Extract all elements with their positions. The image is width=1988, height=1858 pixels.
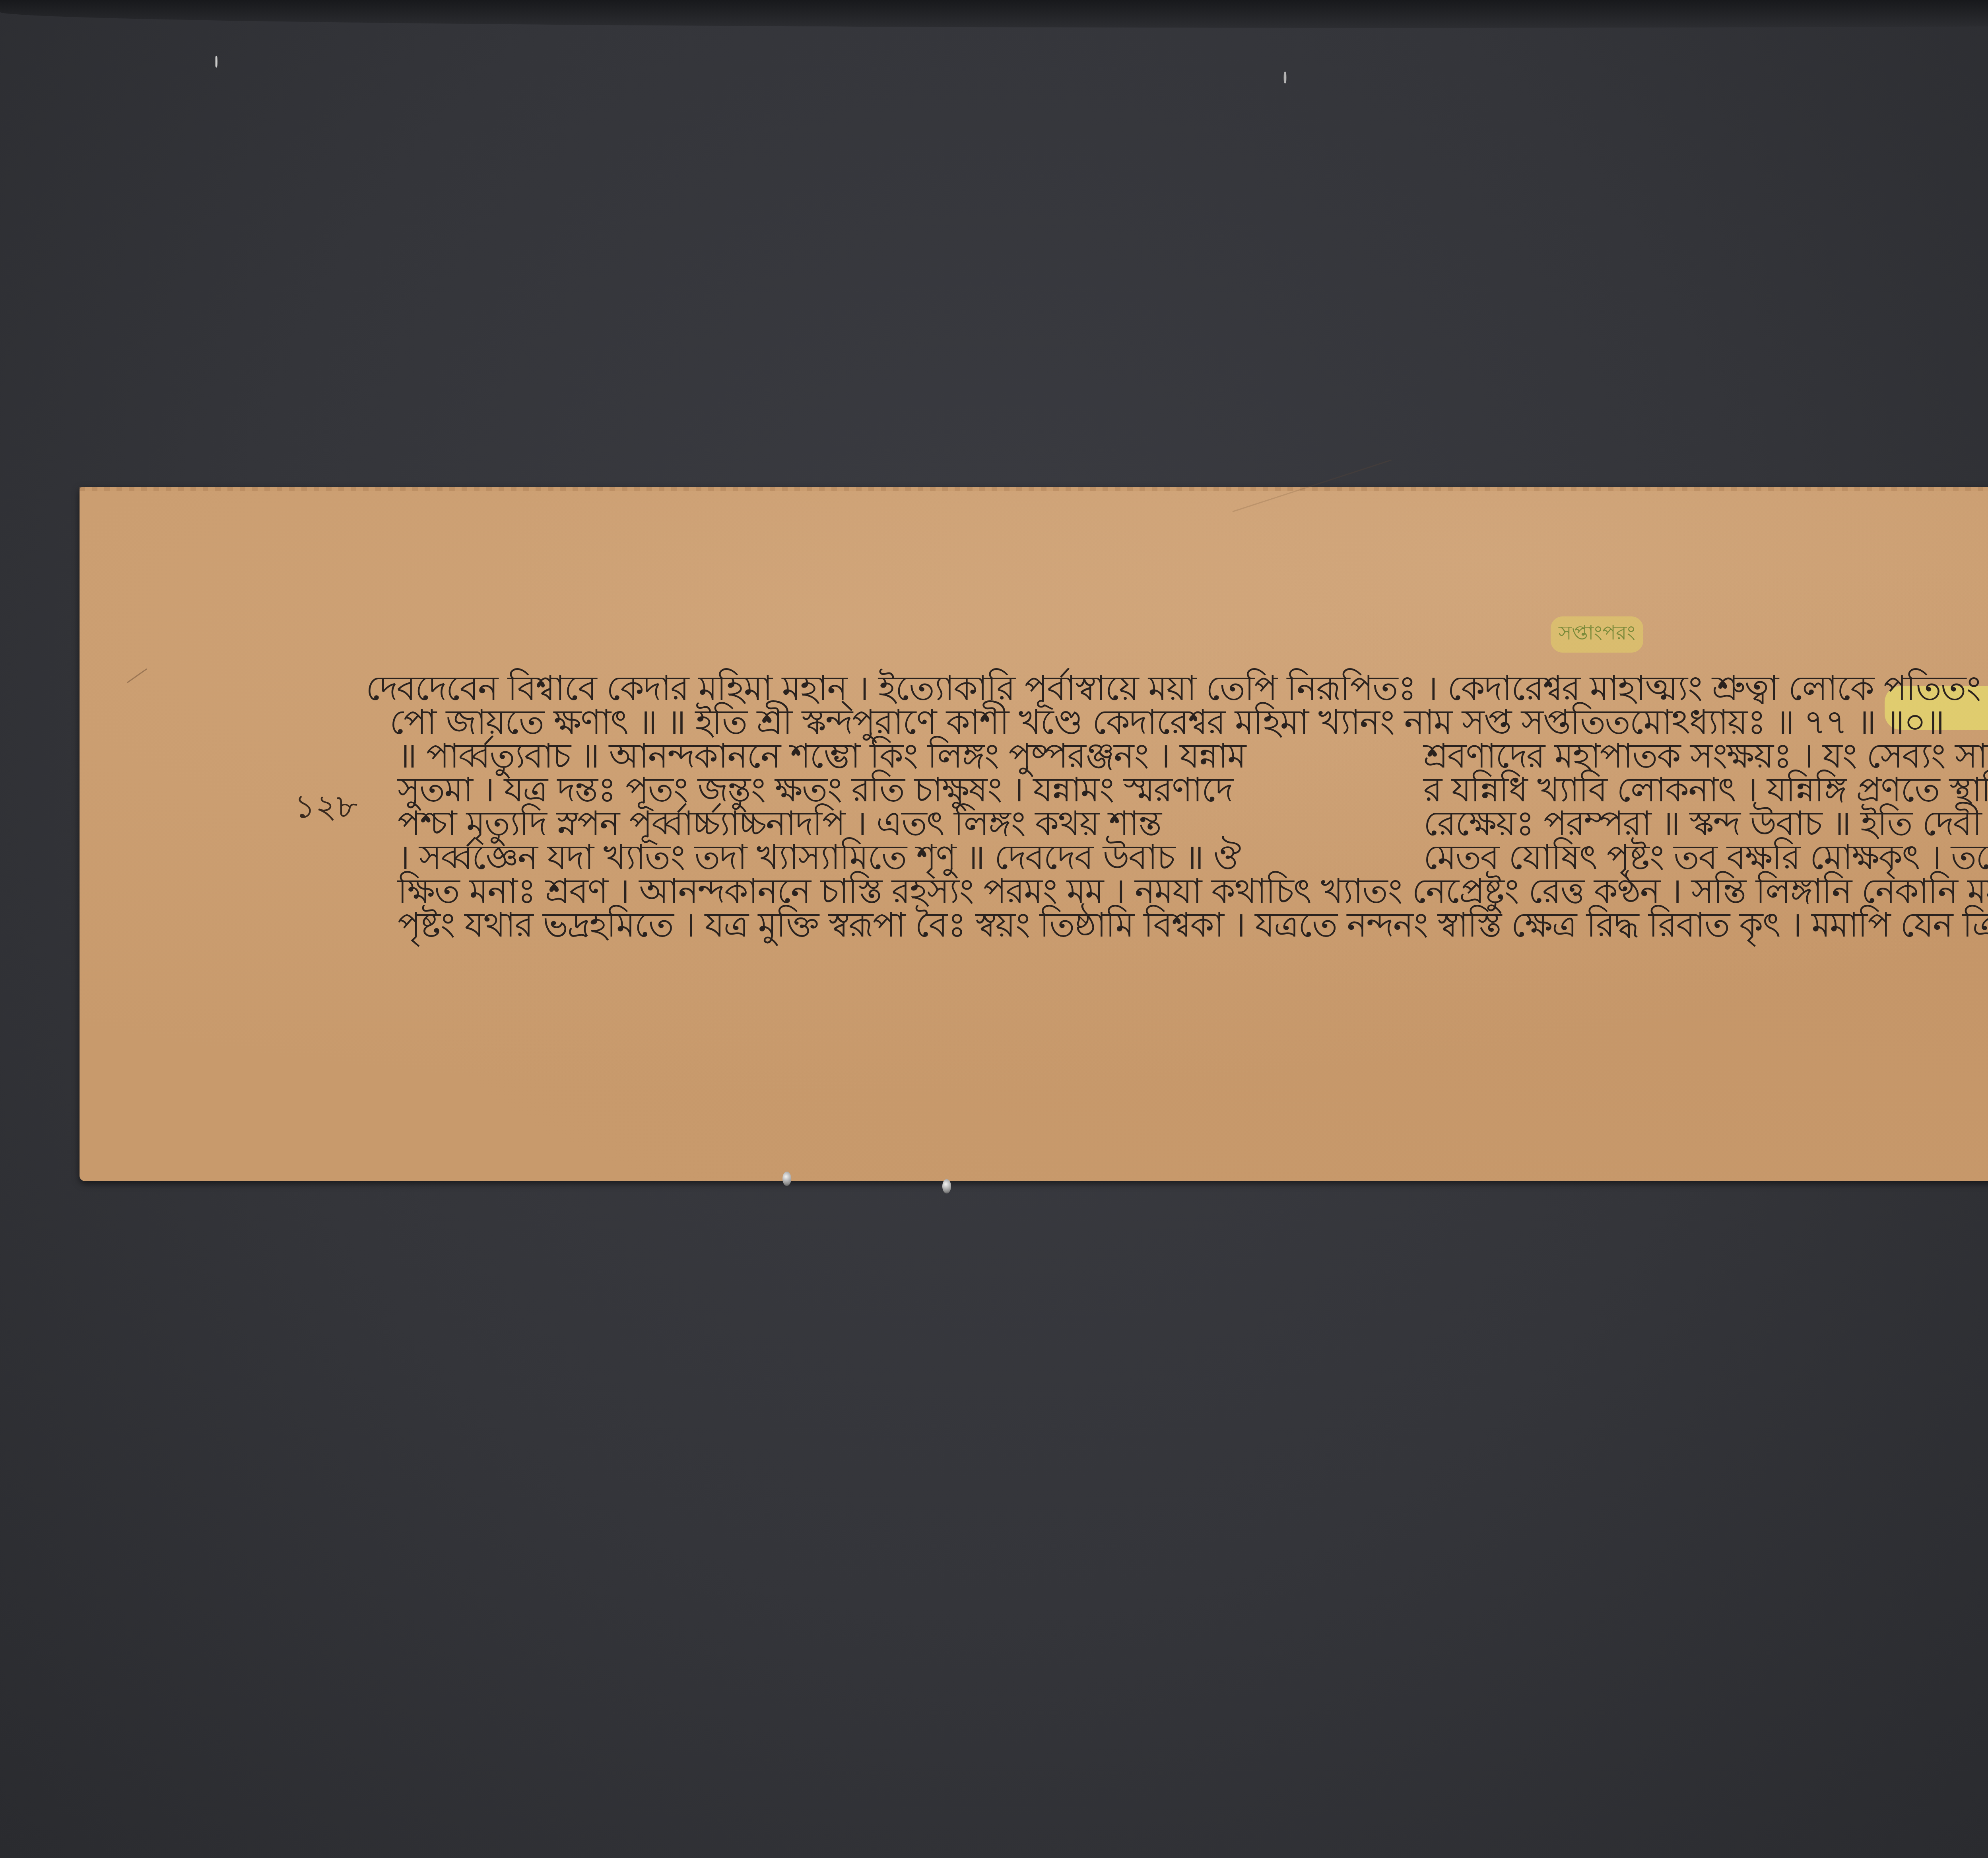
torn-top-edge: [80, 487, 1988, 491]
paper-crack: [1233, 459, 1392, 512]
text-line-right-4: মেতব যোষিৎ পৃষ্টং তব বক্ষরি মোক্ষকৃৎ । ত…: [1423, 831, 1988, 888]
text-line-6: পৃষ্টং যথার ভদ্রহমিতে । যত্র মুক্তি স্বর…: [398, 899, 1988, 956]
board-pin: [215, 56, 218, 68]
mounting-pin: [942, 1179, 951, 1193]
mounting-pin: [782, 1172, 791, 1186]
board-top-shadow: [0, 0, 1988, 28]
folio-number: ১২৮: [294, 781, 358, 836]
marginal-note: সপ্তাংপরং: [1551, 616, 1643, 653]
manuscript-folio: সপ্তাংপরং ১২৮ দেবদেবেন বিশ্বাবে কেদার মহ…: [80, 487, 1988, 1181]
paper-crack: [127, 669, 147, 683]
board-pin: [1283, 72, 1287, 84]
